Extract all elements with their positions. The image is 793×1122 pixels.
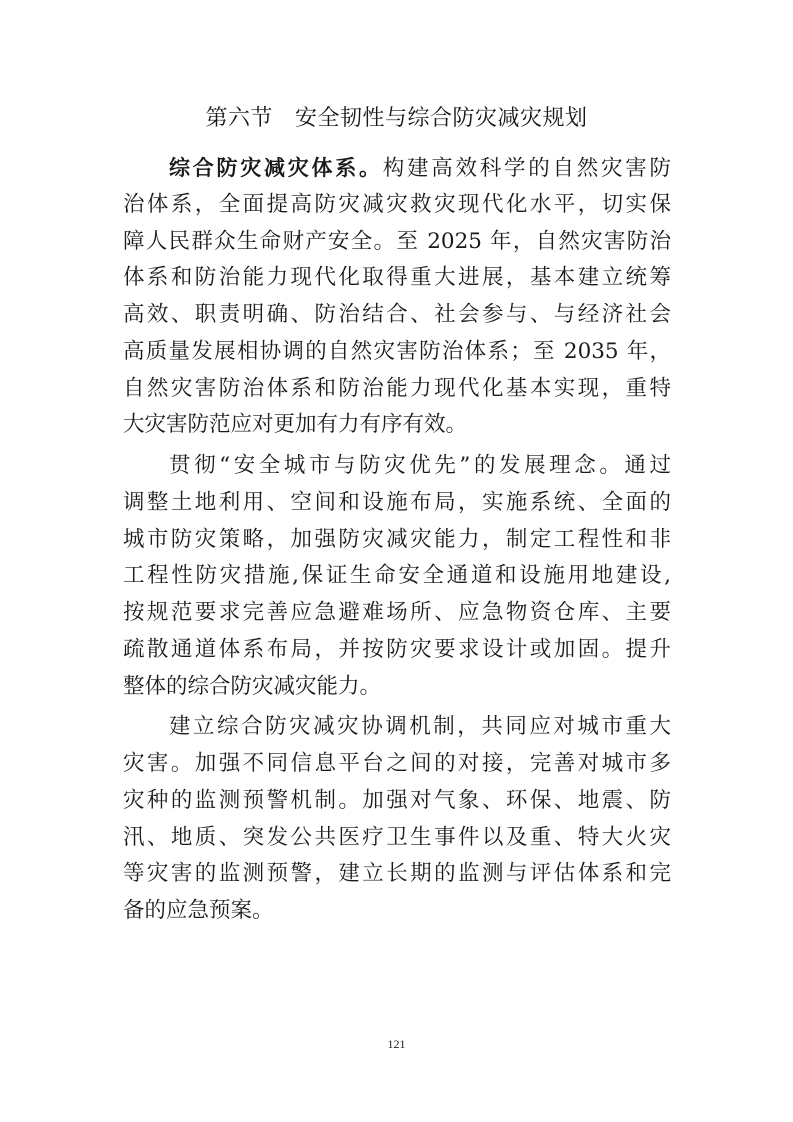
text-line: 备的应急预案。 xyxy=(123,893,671,930)
section-title-text: 安全韧性与综合防灾减灾规划 xyxy=(295,106,588,131)
text-line: 治体系，全面提高防灾减灾救灾现代化水平，切实保 xyxy=(123,187,671,224)
paragraph-disaster-system: 综合防灾减灾体系。构建高效科学的自然灾害防 治体系，全面提高防灾减灾救灾现代化水… xyxy=(123,150,671,444)
text-line: 汛、地质、突发公共医疗卫生事件以及重、特大火灾 xyxy=(123,820,671,857)
page-number: 121 xyxy=(0,1037,793,1052)
text-line: 自然灾害防治体系和防治能力现代化基本实现，重特 xyxy=(123,371,671,408)
text-line: 高质量发展相协调的自然灾害防治体系；至 2035 年， xyxy=(123,334,671,371)
text-line: 综合防灾减灾体系。构建高效科学的自然灾害防 xyxy=(123,150,671,187)
paragraph-lead-heading: 综合防灾减灾体系。 xyxy=(169,156,383,180)
text-line: 工程性防灾措施,保证生命安全通道和设施用地建设, xyxy=(123,558,671,595)
text-line: 灾害。加强不同信息平台之间的对接，完善对城市多 xyxy=(123,746,671,783)
text-line: 贯彻“安全城市与防灾优先”的发展理念。通过 xyxy=(123,448,671,485)
body-text: 综合防灾减灾体系。构建高效科学的自然灾害防 治体系，全面提高防灾减灾救灾现代化水… xyxy=(123,150,671,930)
text-line: 高效、职责明确、防治结合、社会参与、与经济社会 xyxy=(123,297,671,334)
text-line: 障人民群众生命财产安全。至 2025 年，自然灾害防治 xyxy=(123,224,671,261)
section-heading: 第六节安全韧性与综合防灾减灾规划 xyxy=(0,104,793,134)
text-line: 灾种的监测预警机制。加强对气象、环保、地震、防 xyxy=(123,783,671,820)
text-line: 疏散通道体系布局，并按防灾要求设计或加固。提升 xyxy=(123,632,671,669)
paragraph-coordination-mechanism: 建立综合防灾减灾协调机制，共同应对城市重大 灾害。加强不同信息平台之间的对接，完… xyxy=(123,709,671,930)
text-line: 大灾害防范应对更加有力有序有效。 xyxy=(123,407,671,444)
text-line: 建立综合防灾减灾协调机制，共同应对城市重大 xyxy=(123,709,671,746)
text-line: 整体的综合防灾减灾能力。 xyxy=(123,669,671,706)
text-span: 构建高效科学的自然灾害防 xyxy=(383,156,671,181)
text-line: 等灾害的监测预警，建立长期的监测与评估体系和完 xyxy=(123,856,671,893)
text-line: 按规范要求完善应急避难场所、应急物资仓库、主要 xyxy=(123,595,671,632)
document-page: 第六节安全韧性与综合防灾减灾规划 综合防灾减灾体系。构建高效科学的自然灾害防 治… xyxy=(0,0,793,1122)
paragraph-safety-philosophy: 贯彻“安全城市与防灾优先”的发展理念。通过 调整土地利用、空间和设施布局，实施系… xyxy=(123,448,671,705)
section-number: 第六节 xyxy=(205,106,273,131)
text-line: 调整土地利用、空间和设施布局，实施系统、全面的 xyxy=(123,485,671,522)
text-line: 城市防灾策略，加强防灾减灾能力，制定工程性和非 xyxy=(123,522,671,559)
text-line: 体系和防治能力现代化取得重大进展，基本建立统筹 xyxy=(123,260,671,297)
